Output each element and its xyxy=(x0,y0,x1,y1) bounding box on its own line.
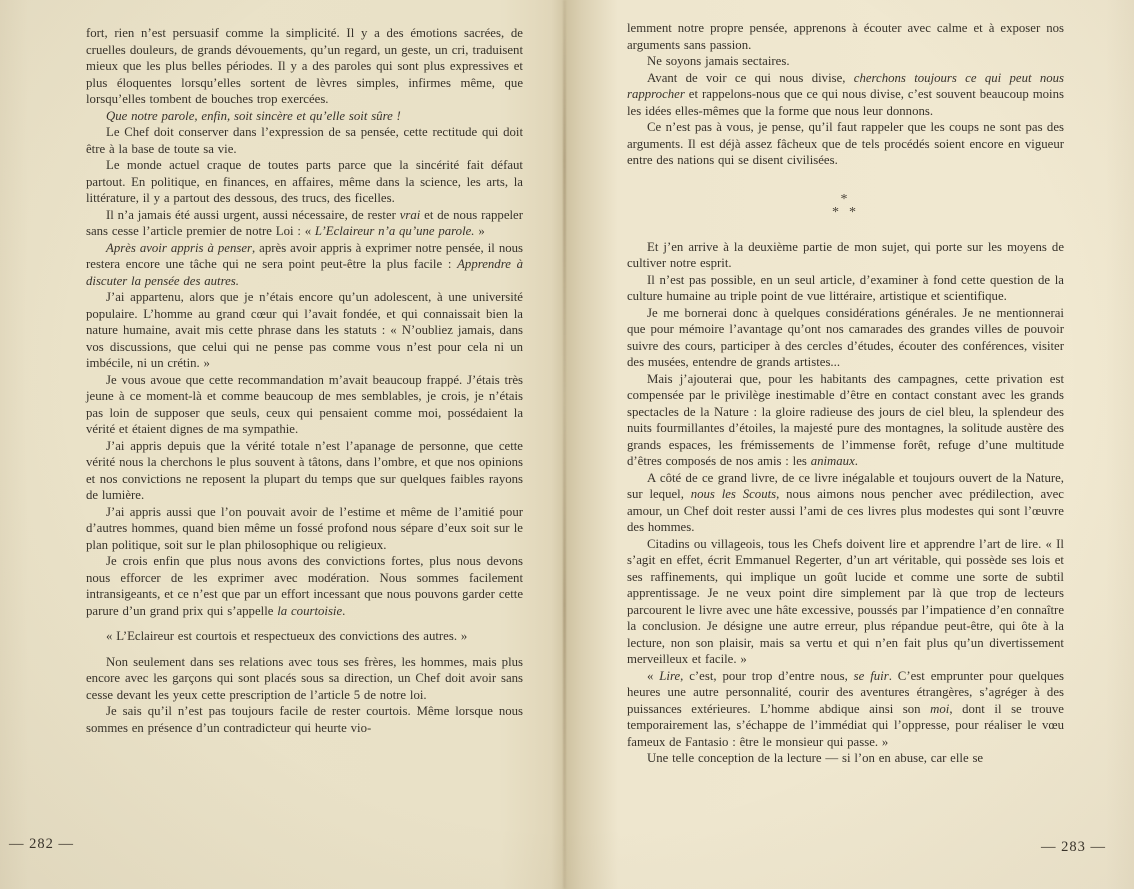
paragraph: A côté de ce grand livre, de ce livre in… xyxy=(627,470,1064,536)
paragraph: Avant de voir ce qui nous divise, cherch… xyxy=(627,70,1064,120)
italic-text: animaux xyxy=(811,454,855,468)
paragraph: Le monde actuel craque de toutes parts p… xyxy=(86,157,523,207)
italic-text: moi xyxy=(930,702,949,716)
paragraph: J’ai appartenu, alors que je n’étais enc… xyxy=(86,289,523,372)
italic-text: Après avoir appris à penser xyxy=(106,241,252,255)
paragraph: fort, rien n’est persuasif comme la simp… xyxy=(86,25,523,108)
paragraph: Il n’est pas possible, en un seul articl… xyxy=(627,272,1064,305)
paragraph: Ne soyons jamais sectaires. xyxy=(627,53,1064,70)
paragraph: Mais j’ajouterai que, pour les habitants… xyxy=(627,371,1064,470)
paragraph: Non seulement dans ses relations avec to… xyxy=(86,654,523,704)
italic-text: nous les Scouts xyxy=(691,487,776,501)
italic-text: Que notre parole, enfin, soit sincère et… xyxy=(106,109,401,123)
paragraph: J’ai appris aussi que l’on pouvait avoir… xyxy=(86,504,523,554)
paragraph: « Lire, c’est, pour trop d’entre nous, s… xyxy=(627,668,1064,751)
right-page-text: lemment notre propre pensée, apprenons à… xyxy=(627,20,1064,767)
paragraph: Après avoir appris à penser, après avoir… xyxy=(86,240,523,290)
italic-text: Apprendre à discuter la pensée des autre… xyxy=(86,257,523,288)
italic-text: Lire xyxy=(659,669,680,683)
paragraph: Je vous avoue que cette recommandation m… xyxy=(86,372,523,438)
paragraph: Ce n’est pas à vous, je pense, qu’il fau… xyxy=(627,119,1064,169)
paragraph: Je crois enfin que plus nous avons des c… xyxy=(86,553,523,619)
left-page-number: — 282 — xyxy=(9,836,74,853)
italic-text: se fuir xyxy=(854,669,889,683)
italic-text: la courtoisie xyxy=(277,604,342,618)
gutter-crease xyxy=(563,0,566,889)
paragraph: Une telle conception de la lecture — si … xyxy=(627,750,1064,767)
italic-text: L’Eclaireur n’a qu’une parole. xyxy=(315,224,475,238)
italic-text: cherchons toujours ce qui peut nous rapp… xyxy=(627,71,1064,102)
paragraph: Citadins ou villageois, tous les Chefs d… xyxy=(627,536,1064,668)
right-page-number: — 283 — xyxy=(1041,839,1106,856)
paragraph: Je sais qu’il n’est pas toujours facile … xyxy=(86,703,523,736)
paragraph: lemment notre propre pensée, apprenons à… xyxy=(627,20,1064,53)
italic-text: vrai xyxy=(400,208,421,222)
paragraph: Il n’a jamais été aussi urgent, aussi né… xyxy=(86,207,523,240)
paragraph: Et j’en arrive à la deuxième partie de m… xyxy=(627,239,1064,272)
paragraph: Que notre parole, enfin, soit sincère et… xyxy=(86,108,523,125)
paragraph: J’ai appris depuis que la vérité totale … xyxy=(86,438,523,504)
paragraph: Le Chef doit conserver dans l’expression… xyxy=(86,124,523,157)
paragraph: Je me bornerai donc à quelques considéra… xyxy=(627,305,1064,371)
asterism-separator: ** * xyxy=(627,193,1064,219)
paragraph: « L’Eclaireur est courtois et respectueu… xyxy=(86,628,523,645)
left-page-text: fort, rien n’est persuasif comme la simp… xyxy=(86,25,523,736)
